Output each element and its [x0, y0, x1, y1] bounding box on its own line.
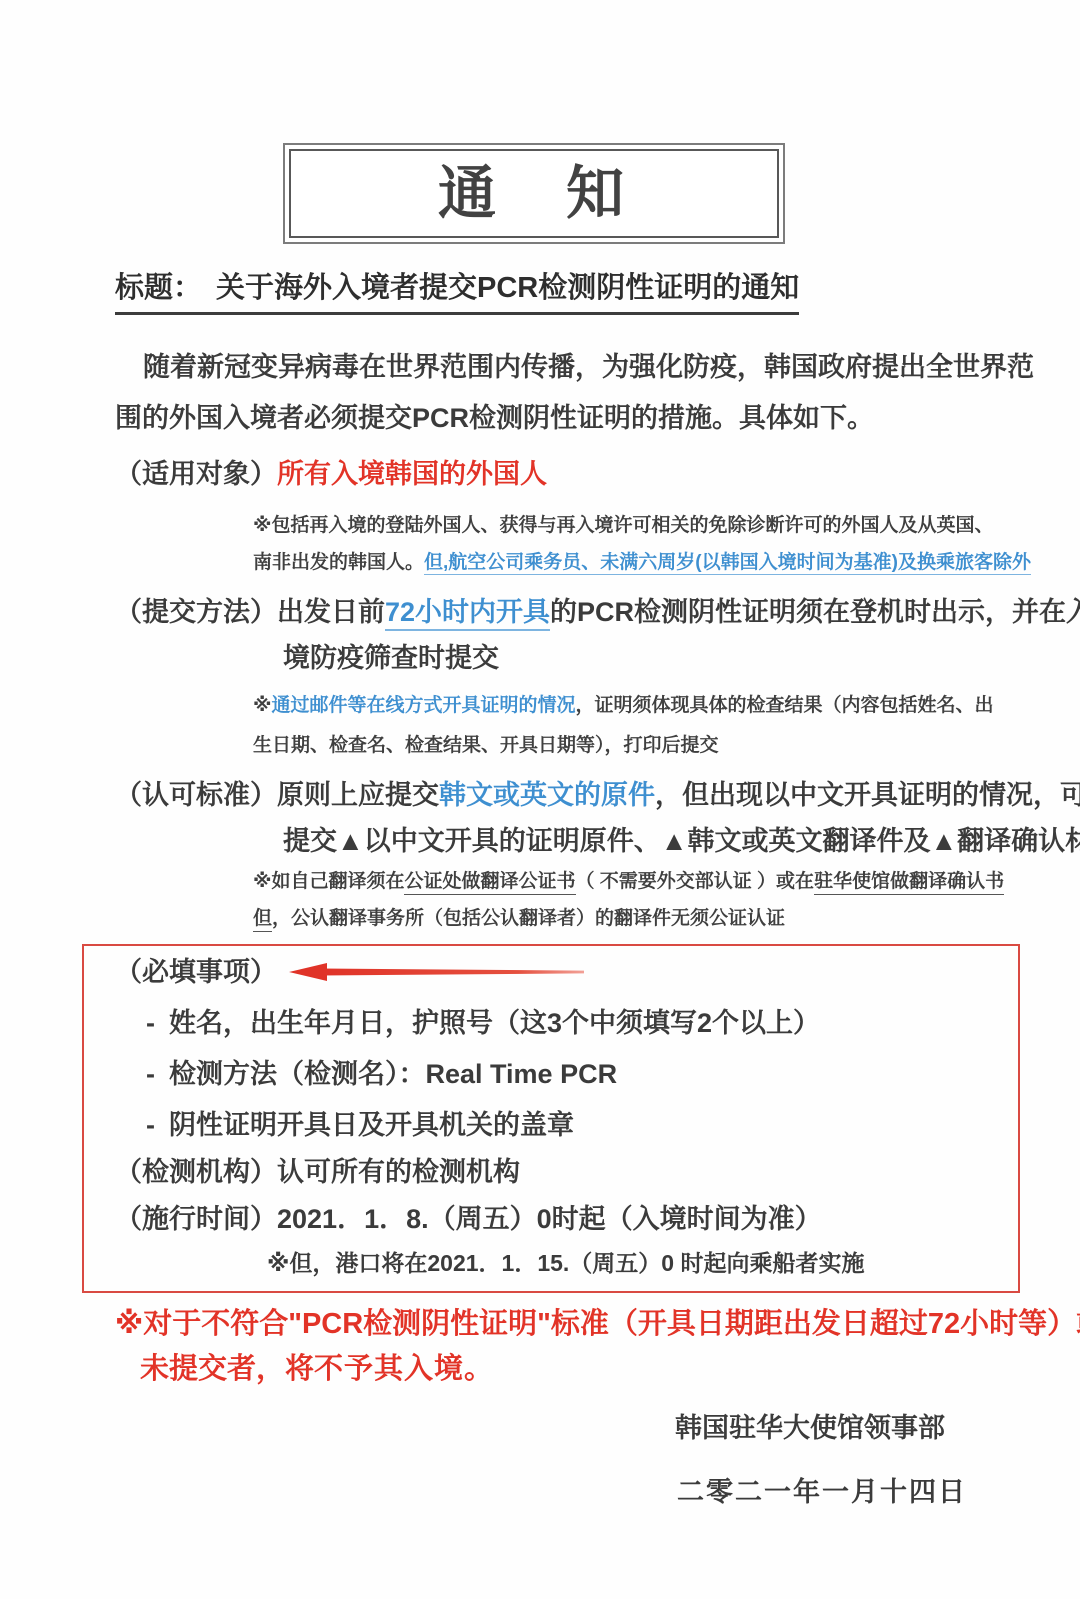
intro-paragraph: 随着新冠变异病毒在世界范围内传播，为强化防疫，韩国政府提出全世界范 围的外国入境… — [115, 342, 1080, 444]
warning-line2-pre: 未提交者，将 — [140, 1353, 314, 1385]
notice-banner-inner-border: 通 知 — [289, 149, 779, 238]
section-standard: （认可标准）原则上应提交韩文或英文的原件，但出现以中文开具证明的情况，可 — [115, 778, 1080, 812]
section-effective-date: （施行时间）2021．1．8.（周五）0时起（入境时间为准） — [115, 1202, 1018, 1236]
applicable-note-line-2: 南非出发的韩国人。但,航空公司乘务员、未满六周岁(以韩国入境时间为基准)及换乘旅… — [253, 544, 1080, 581]
required-item: -检测方法（检测名）：Real Time PCR — [146, 1057, 1018, 1091]
required-item-3-text: 阴性证明开具日及开具机关的盖章 — [169, 1110, 574, 1140]
warning-line-1: ※对于不符合"PCR检测阴性证明"标准（开具日期距出发日超过72小时等）或 — [115, 1302, 1080, 1347]
submission-note-marker: ※ — [253, 695, 271, 716]
notice-document: 通 知 标题：关于海外入境者提交PCR检测阴性证明的通知 随着新冠变异病毒在世界… — [0, 0, 1080, 1599]
submission-note: ※通过邮件等在线方式开具证明的情况，证明须体现具体的检查结果（内容包括姓名、出 … — [253, 686, 1080, 766]
required-item: -阴性证明开具日及开具机关的盖章 — [146, 1108, 1018, 1142]
required-title-row: （必填事项） — [115, 955, 1018, 989]
submission-note-line-1: ※通过邮件等在线方式开具证明的情况，证明须体现具体的检查结果（内容包括姓名、出 — [253, 686, 1080, 726]
submission-note-highlight: 通过邮件等在线方式开具证明的情况 — [271, 695, 575, 716]
submission-line-2: 境防疫筛查时提交 — [283, 641, 1080, 675]
standard-note-2: 但，公认翻译事务所（包括公认翻译者）的翻译件无须公证认证 — [253, 903, 1080, 935]
heading-title: 关于海外入境者提交PCR检测阴性证明的通知 — [216, 272, 799, 304]
issue-date: 二零二一年一月十四日 — [677, 1470, 1080, 1509]
submission-72h-highlight: 72小时内开具 — [385, 597, 550, 631]
applicable-note-plain: 南非出发的韩国人。 — [253, 552, 424, 573]
intro-line-2: 围的外国入境者必须提交PCR检测阴性证明的措施。具体如下。 — [115, 393, 1080, 444]
effective-value: 2021．1．8.（周五）0时起（入境时间为准） — [277, 1204, 822, 1234]
warning-text: ※对于不符合"PCR检测阴性证明"标准（开具日期距出发日超过72小时等）或 未提… — [115, 1302, 1080, 1392]
applicable-value: 所有入境韩国的外国人 — [277, 459, 547, 489]
applicable-label: （适用对象） — [115, 459, 277, 489]
standard-note2-underline: 但 — [253, 908, 272, 932]
required-item: -姓名，出生年月日，护照号（这3个中须填写2个以上） — [146, 1006, 1018, 1040]
section-applicable: （适用对象）所有入境韩国的外国人 — [115, 457, 1080, 491]
submission-text-pre: 出发日前 — [277, 597, 385, 627]
standard-original-highlight: 韩文或英文的原件 — [439, 780, 655, 810]
heading-label: 标题： — [115, 272, 202, 304]
agency-value: 认可所有的检测机构 — [277, 1157, 520, 1187]
standard-note1-underline-2: 驻华使馆做翻译确认书 — [814, 871, 1004, 895]
required-item-1-text: 姓名，出生年月日，护照号（这3个中须填写2个以上） — [169, 1008, 820, 1038]
effective-note: ※但，港口将在2021．1．15.（周五）0 时起向乘船者实施 — [267, 1245, 1018, 1278]
effective-label: （施行时间） — [115, 1204, 277, 1234]
required-item-2-text: 检测方法（检测名）：Real Time PCR — [169, 1059, 617, 1089]
standard-note1-underline-1: 公证处做翻译公证书 — [404, 871, 575, 895]
submission-note-line-2: 生日期、检查名、检查结果、开具日期等），打印后提交 — [253, 726, 1080, 766]
item-dash: - — [146, 1059, 155, 1089]
standard-note1-pre: ※如自己翻译须在 — [253, 871, 404, 892]
required-label: （必填事项） — [115, 955, 277, 989]
item-dash: - — [146, 1008, 155, 1038]
warning-denial-emphasis: 不予其入境。 — [314, 1353, 494, 1385]
item-dash: - — [146, 1110, 155, 1140]
notice-banner-title: 通 知 — [438, 165, 630, 223]
section-agency: （检测机构）认可所有的检测机构 — [115, 1155, 1018, 1189]
submission-note-post: ，证明须体现具体的检查结果（内容包括姓名、出 — [576, 695, 994, 716]
issuing-organization: 韩国驻华大使馆领事部 — [675, 1406, 1080, 1445]
standard-label: （认可标准） — [115, 780, 277, 810]
applicable-note-exception: 但,航空公司乘务员、未满六周岁(以韩国入境时间为基准)及换乘旅客除外 — [424, 552, 1031, 575]
standard-line-2: 提交▲以中文开具的证明原件、▲韩文或英文翻译件及▲翻译确认材料 — [283, 824, 1080, 858]
left-arrow-icon — [289, 961, 589, 983]
submission-label: （提交方法） — [115, 597, 277, 627]
applicable-note-line-1: ※包括再入境的登陆外国人、获得与再入境许可相关的免除诊断许可的外国人及从英国、 — [253, 507, 1080, 544]
intro-line-1: 随着新冠变异病毒在世界范围内传播，为强化防疫，韩国政府提出全世界范 — [115, 342, 1080, 393]
required-items-box: （必填事项） -姓名，出生年月日，护照号（这3个中须填写2个以上） — [82, 944, 1020, 1293]
section-submission: （提交方法）出发日前72小时内开具的PCR检测阴性证明须在登机时出示，并在入 — [115, 595, 1080, 629]
standard-text-post: ，但出现以中文开具证明的情况，可 — [655, 780, 1080, 810]
agency-label: （检测机构） — [115, 1157, 277, 1187]
applicable-note: ※包括再入境的登陆外国人、获得与再入境许可相关的免除诊断许可的外国人及从英国、 … — [253, 507, 1080, 581]
document-heading: 标题：关于海外入境者提交PCR检测阴性证明的通知 — [115, 270, 799, 315]
standard-note2-rest: ，公认翻译事务所（包括公认翻译者）的翻译件无须公证认证 — [272, 908, 785, 929]
submission-text-post: 的PCR检测阴性证明须在登机时出示，并在入 — [550, 597, 1080, 627]
standard-note1-mid: （ 不需要外交部认证 ）或在 — [576, 871, 815, 892]
standard-note-1: ※如自己翻译须在公证处做翻译公证书（ 不需要外交部认证 ）或在驻华使馆做翻译确认… — [253, 866, 1080, 898]
notice-banner-box: 通 知 — [283, 143, 785, 244]
standard-text-pre: 原则上应提交 — [277, 780, 439, 810]
warning-line-2: 未提交者，将不予其入境。 — [115, 1347, 1080, 1392]
